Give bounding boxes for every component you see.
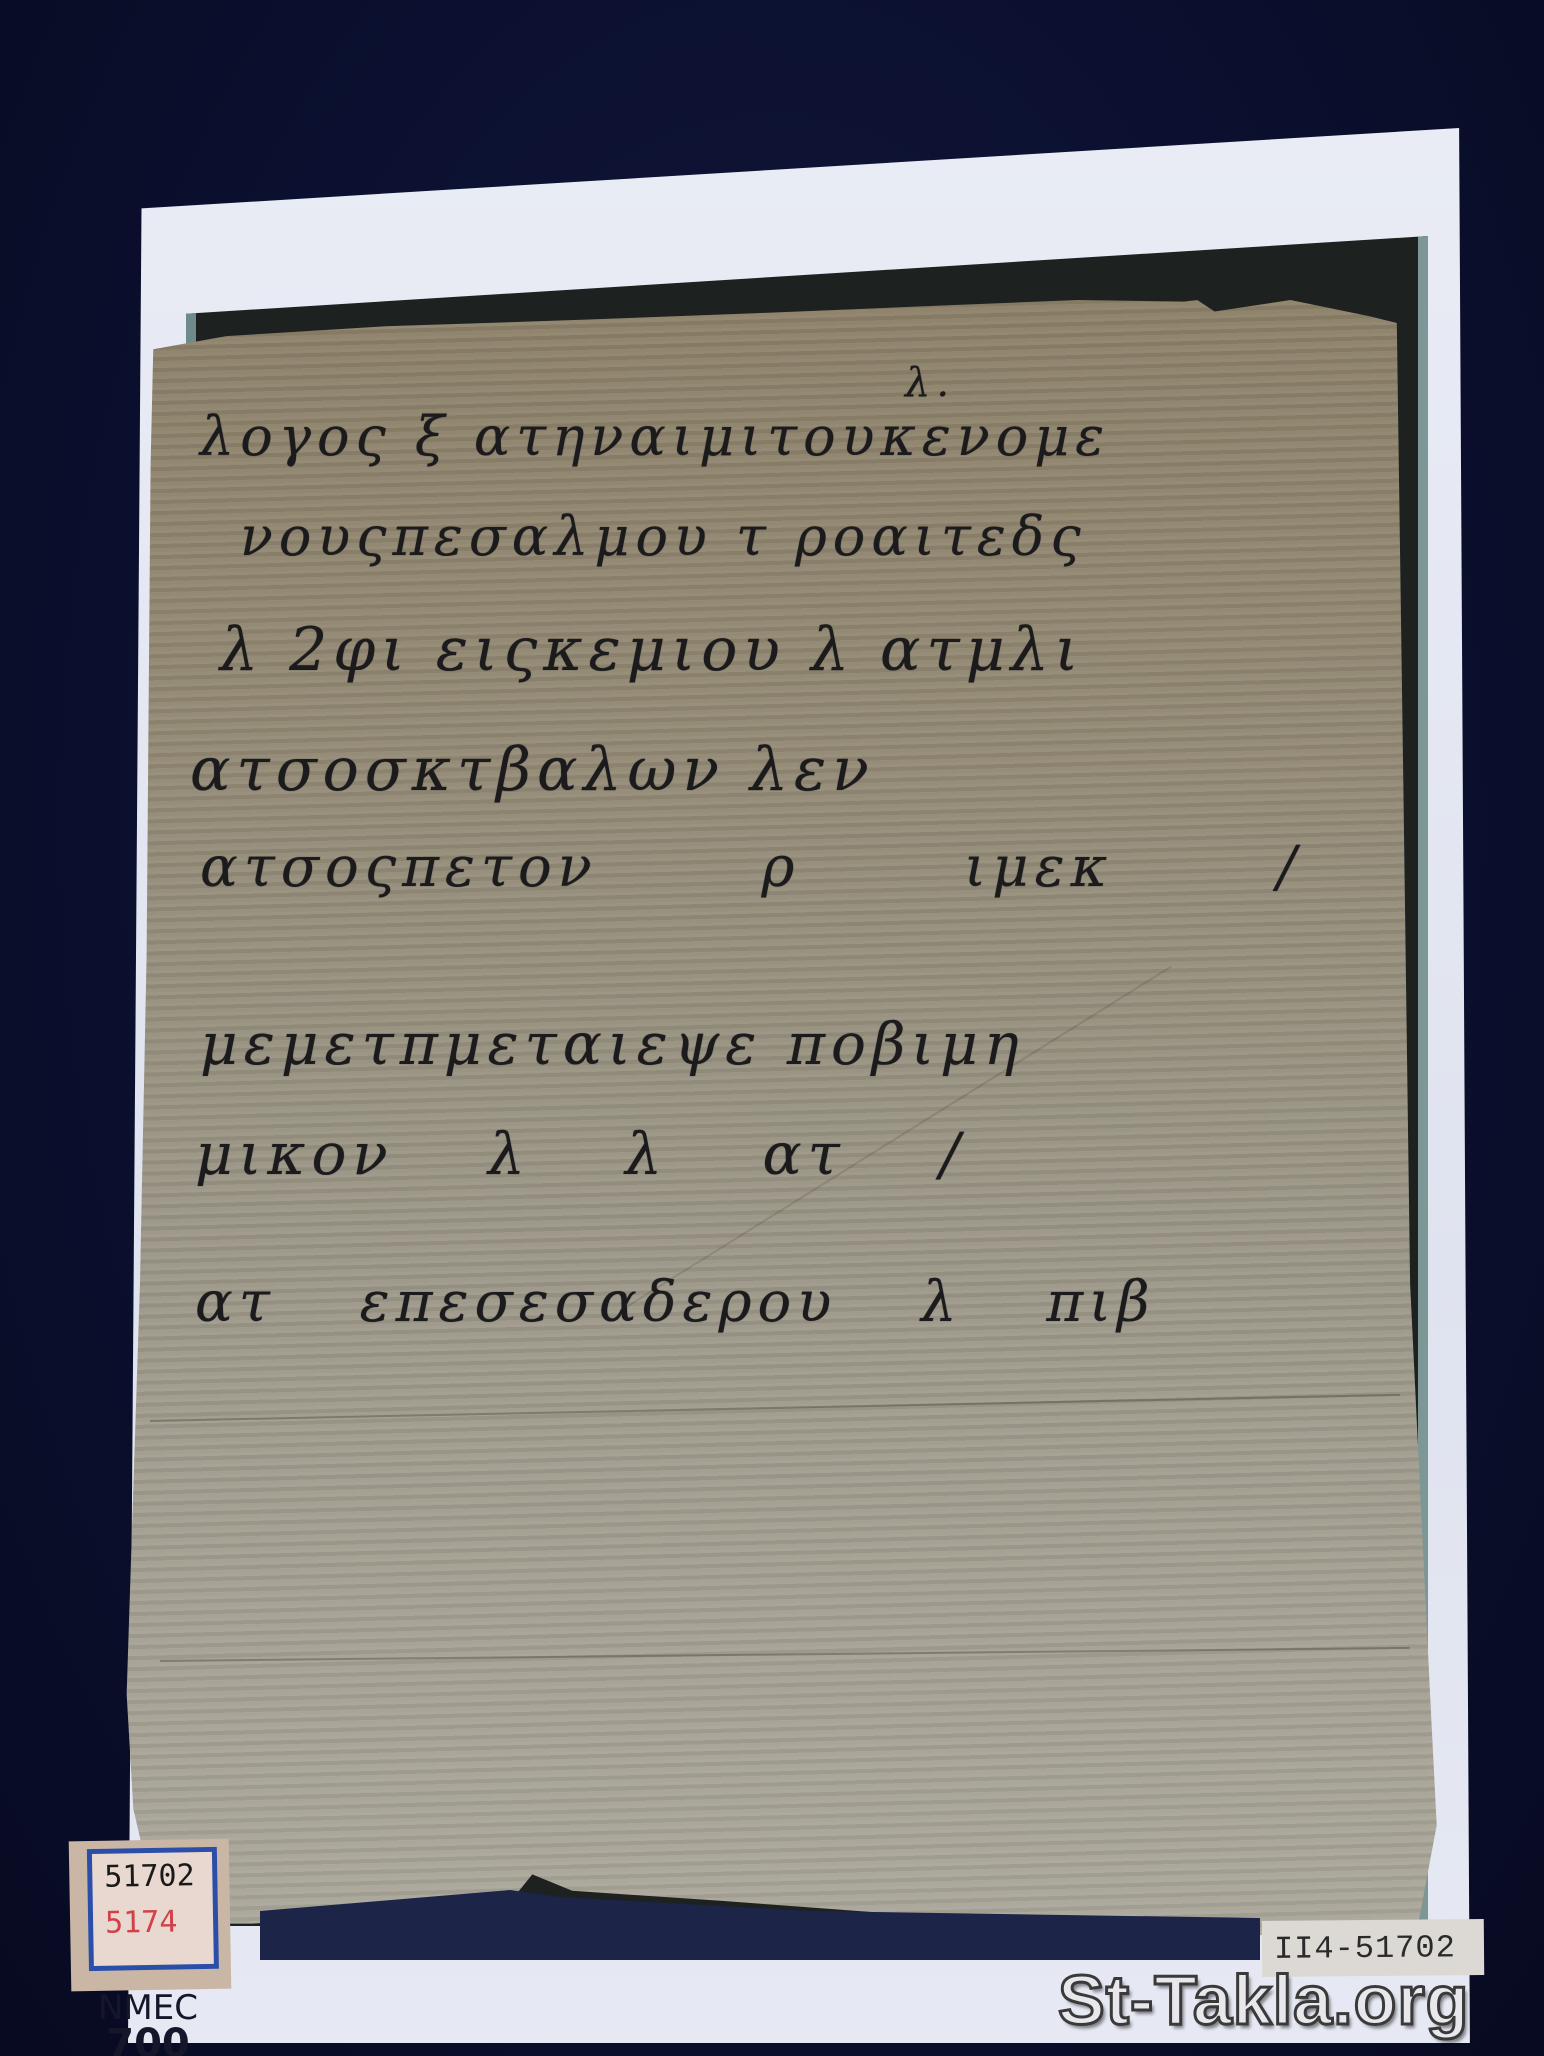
museum-label-box: 51702 5174 (87, 1847, 219, 1971)
papyrus-crease (160, 1647, 1410, 1662)
papyrus-line-marker: λ. (905, 360, 955, 406)
papyrus-line-3: λ 2φι ειςκεμιου λ ατμλι (220, 615, 1084, 685)
papyrus-line-6: μεμετπμεταιεψε ποβιμη (200, 1010, 1025, 1078)
museum-label-red-number: 5174 (105, 1905, 178, 1941)
papyrus-line-1: λογος ξ ατηναιμιτουκενομε (200, 405, 1110, 468)
mat-note: NMEC 700 (98, 1990, 198, 2056)
watermark: St-Takla.org (1058, 1960, 1469, 2040)
mat-note-line2: 700 (98, 2026, 198, 2056)
museum-label-number: 51702 (104, 1858, 195, 1895)
papyrus-line-4: ατσοσκτβαλων λεν (190, 735, 875, 805)
papyrus-line-2: νουςπεσαλμου τ ροαιτεδς (240, 505, 1087, 568)
papyrus-crease (150, 1394, 1400, 1422)
papyrus-line-5: ατσοςπετον ρ ιμεκ / (200, 835, 1302, 900)
papyrus-line-7: μικον λ λ ατ / (195, 1120, 966, 1188)
museum-label: 51702 5174 (69, 1839, 232, 1992)
papyrus-line-8: ατ επεσεσαδερου λ πιβ (195, 1270, 1156, 1335)
